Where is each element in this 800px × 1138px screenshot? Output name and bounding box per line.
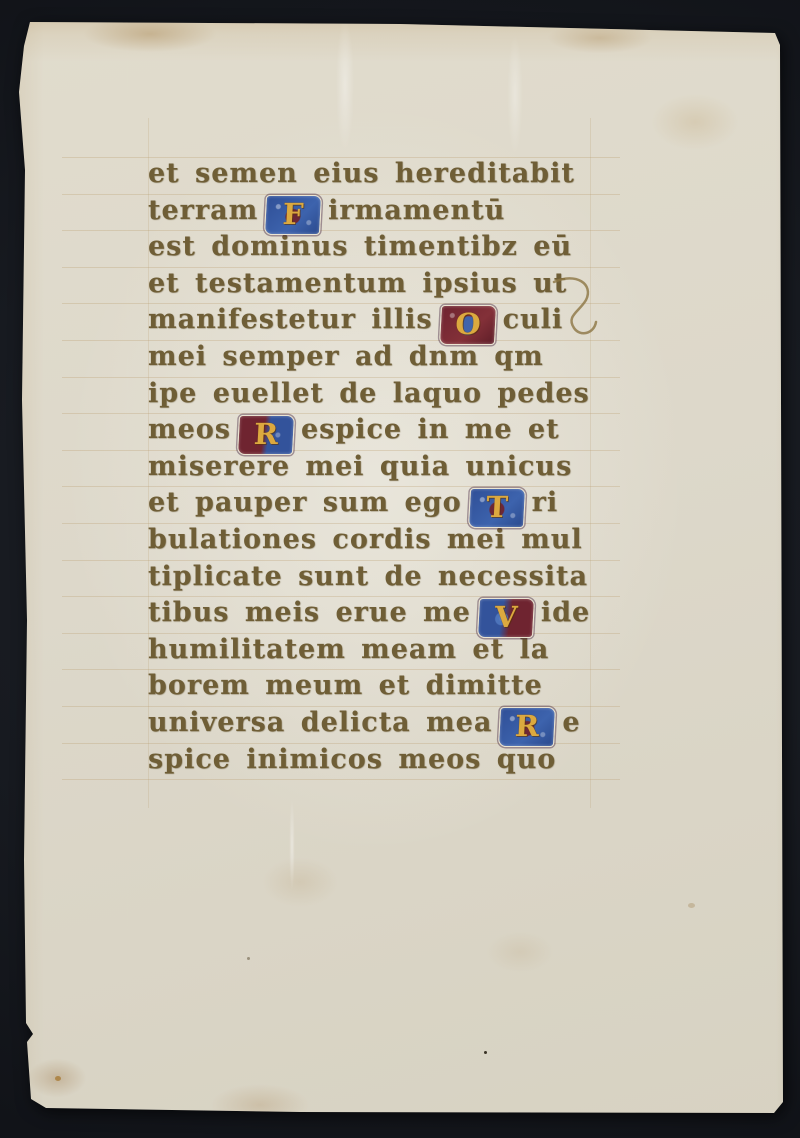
illuminated-initial: V [477,598,535,638]
manuscript-text: irmamentū [328,195,505,226]
manuscript-line: ipe euellet de laquo pedes [148,376,618,413]
manuscript-text: e [562,707,580,738]
leaf-wrapper: et semen eius hereditabitterramFirmament… [0,0,800,1138]
manuscript-text: ri [532,487,558,518]
photo-background: et semen eius hereditabitterramFirmament… [0,0,800,1138]
rule-line-horizontal [62,779,620,780]
manuscript-line: terramFirmamentū [148,193,618,230]
manuscript-line: et testamentum ipsius ut [148,266,618,303]
manuscript-text: terram [148,195,258,226]
manuscript-line: tibus meis erue meVide [148,595,618,632]
manuscript-line: tiplicate sunt de necessita [148,559,618,596]
manuscript-text: borem meum et dimitte [148,670,543,701]
stain-spot [688,903,695,908]
manuscript-text: ipe euellet de laquo pedes [148,378,590,409]
manuscript-text: mei semper ad dnm qm [148,341,544,372]
manuscript-text: et testamentum ipsius ut [148,268,567,299]
illuminated-initial: F [264,195,322,235]
illuminated-initial: T [468,488,526,528]
manuscript-text: spice inimicos meos quo [148,744,556,775]
illuminated-initial: R [498,707,556,747]
manuscript-text: humilitatem meam et la [148,634,549,665]
manuscript-line: et pauper sum egoTri [148,485,618,522]
stain-spot [55,1076,61,1081]
ink-speck [484,1051,487,1054]
manuscript-text: manifestetur illis [148,304,433,335]
manuscript-text: universa delicta mea [148,707,492,738]
illuminated-initial: O [439,305,497,345]
manuscript-text: et semen eius hereditabit [148,158,575,189]
illuminated-initial: R [237,415,295,455]
manuscript-text: meos [148,414,231,445]
manuscript-text: miserere mei quia unicus [148,451,572,482]
manuscript-line: bulationes cordis mei mul [148,522,618,559]
ink-speck [247,957,250,960]
manuscript-text: bulationes cordis mei mul [148,524,583,555]
manuscript-text: est dominus timentibz eū [148,231,572,262]
manuscript-text: et pauper sum ego [148,487,462,518]
manuscript-line: meosRespice in me et [148,412,618,449]
manuscript-text: tiplicate sunt de necessita [148,561,588,592]
manuscript-line: miserere mei quia unicus [148,449,618,486]
text-block: et semen eius hereditabitterramFirmament… [148,156,618,778]
manuscript-line: manifestetur illisOculi [148,302,618,339]
manuscript-text: tibus meis erue me [148,597,471,628]
manuscript-line: universa delicta meaRe [148,705,618,742]
manuscript-line: humilitatem meam et la [148,632,618,669]
manuscript-text: espice in me et [301,414,560,445]
manuscript-line: et semen eius hereditabit [148,156,618,193]
manuscript-text: ide [541,597,590,628]
manuscript-line: borem meum et dimitte [148,668,618,705]
manuscript-line: mei semper ad dnm qm [148,339,618,376]
manuscript-text: culi [503,304,564,335]
manuscript-leaf: et semen eius hereditabitterramFirmament… [0,0,800,1138]
manuscript-line: est dominus timentibz eū [148,229,618,266]
